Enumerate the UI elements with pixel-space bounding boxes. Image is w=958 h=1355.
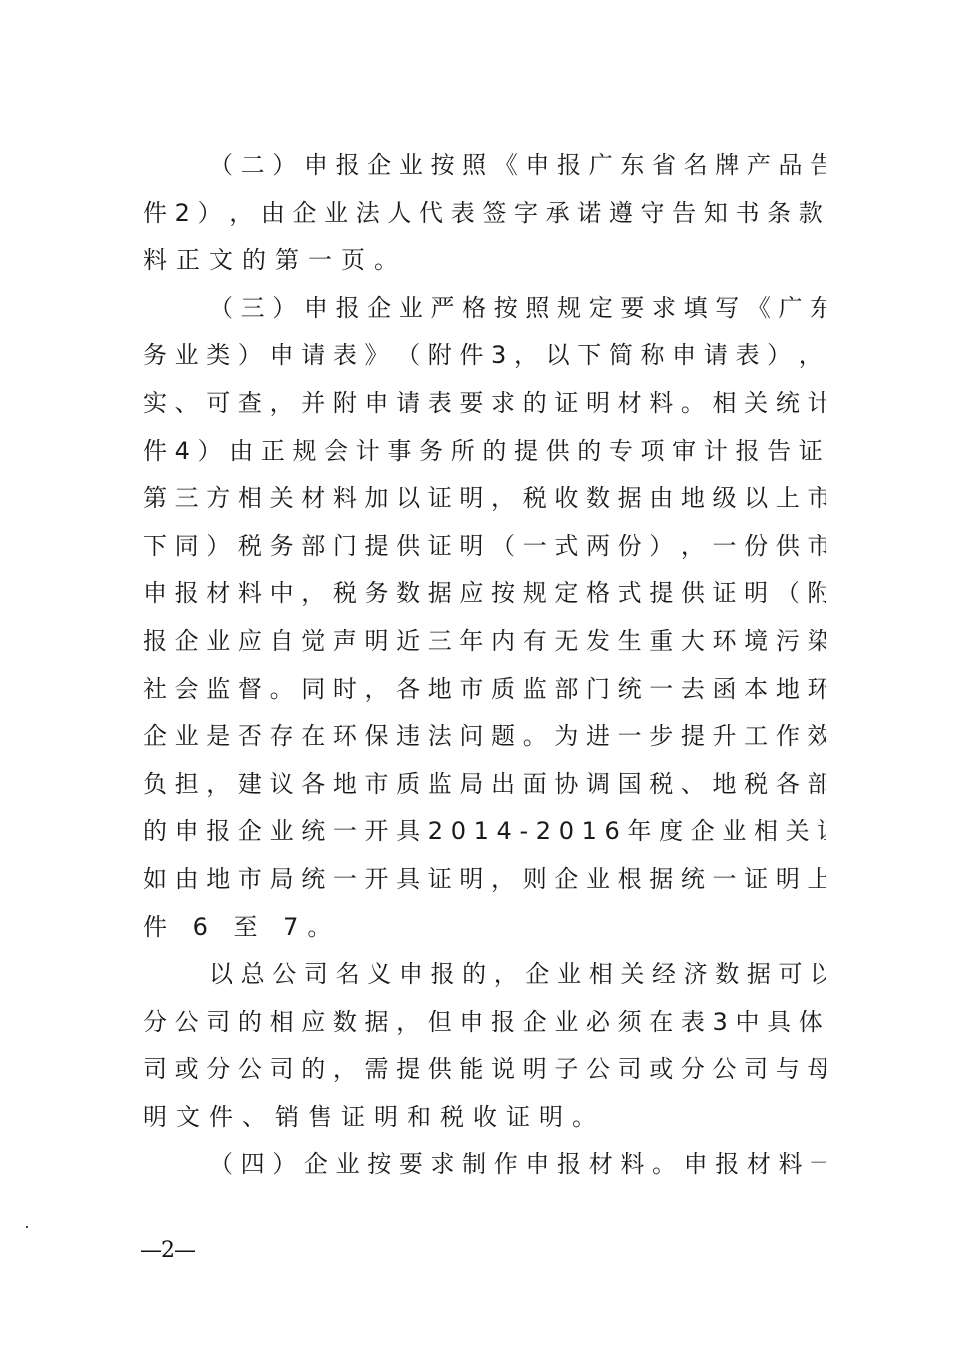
paragraph-3b-line-1: 以 总 公 司 名 义 申 报 的 ， 企 业 相 关 经 济 数 据 可 以 …: [143, 954, 826, 1002]
paragraph-3b-line-4: 明文件、销售证明和税收证明。: [143, 1097, 826, 1145]
scan-speck: [26, 1226, 28, 1228]
paragraph-3-line-8: 报 企 业 应 自 觉 声 明 近 三 年 内 有 无 发 生 重 大 环 境 …: [143, 621, 826, 669]
paragraph-3-line-10: 企 业 是 否 存 在 环 保 违 法 问 题 。 为 进 一 步 提 升 工 …: [143, 716, 826, 764]
paragraph-3-line-14: 件 6 至 7。: [143, 907, 826, 955]
paragraph-3-line-1: （ 三 ） 申 报 企 业 严 格 按 照 规 定 要 求 填 写 《 广 东 …: [143, 288, 826, 336]
paragraph-4-line-1: （ 四 ） 企 业 按 要 求 制 作 申 报 材 料 。 申 报 材 料 一 …: [143, 1144, 826, 1192]
paragraph-3-line-9: 社 会 监 督 。 同 时 ， 各 地 市 质 监 部 门 统 一 去 函 本 …: [143, 669, 826, 717]
page-number: —2—: [140, 1238, 195, 1263]
paragraph-3-line-13: 如 由 地 市 局 统 一 开 具 证 明 ， 则 企 业 根 据 统 一 证 …: [143, 859, 826, 907]
paragraph-3-line-2: 务 业 类 ） 申 请 表 》 （ 附 件 3 ， 以 下 简 称 申 请 表 …: [143, 335, 826, 383]
paragraph-3-line-6: 下 同 ） 税 务 部 门 提 供 证 明 （ 一 式 两 份 ） ， 一 份 …: [143, 526, 826, 574]
paragraph-3-line-11: 负 担 ， 建 议 各 地 市 质 监 局 出 面 协 调 国 税 、 地 税 …: [143, 764, 826, 812]
paragraph-2-line-3: 料正文的第一页。: [143, 240, 826, 288]
paragraph-2-line-1: （ 二 ） 申 报 企 业 按 照 《 申 报 广 东 省 名 牌 产 品 告 …: [143, 145, 826, 193]
paragraph-3-line-5: 第 三 方 相 关 材 料 加 以 证 明 ， 税 收 数 据 由 地 级 以 …: [143, 478, 826, 526]
paragraph-3-line-4: 件 4 ） 由 正 规 会 计 事 务 所 的 提 供 的 专 项 审 计 报 …: [143, 431, 826, 479]
paragraph-3-line-12: 的 申 报 企 业 统 一 开 具 2 0 1 4 - 2 0 1 6 年 度 …: [143, 811, 826, 859]
paragraph-3-line-7: 申 报 材 料 中 ， 税 务 数 据 应 按 规 定 格 式 提 供 证 明 …: [143, 573, 826, 621]
paragraph-3-line-3: 实 、 可 查 ， 并 附 申 请 表 要 求 的 证 明 材 料 。 相 关 …: [143, 383, 826, 431]
paragraph-3b-line-2: 分 公 司 的 相 应 数 据 ， 但 申 报 企 业 必 须 在 表 3 中 …: [143, 1002, 826, 1050]
document-body: （ 二 ） 申 报 企 业 按 照 《 申 报 广 东 省 名 牌 产 品 告 …: [143, 145, 826, 1192]
paragraph-2-line-2: 件 2 ） ， 由 企 业 法 人 代 表 签 字 承 诺 遵 守 告 知 书 …: [143, 193, 826, 241]
document-page: （ 二 ） 申 报 企 业 按 照 《 申 报 广 东 省 名 牌 产 品 告 …: [0, 0, 958, 1355]
paragraph-3b-line-3: 司 或 分 公 司 的 ， 需 提 供 能 说 明 子 公 司 或 分 公 司 …: [143, 1049, 826, 1097]
